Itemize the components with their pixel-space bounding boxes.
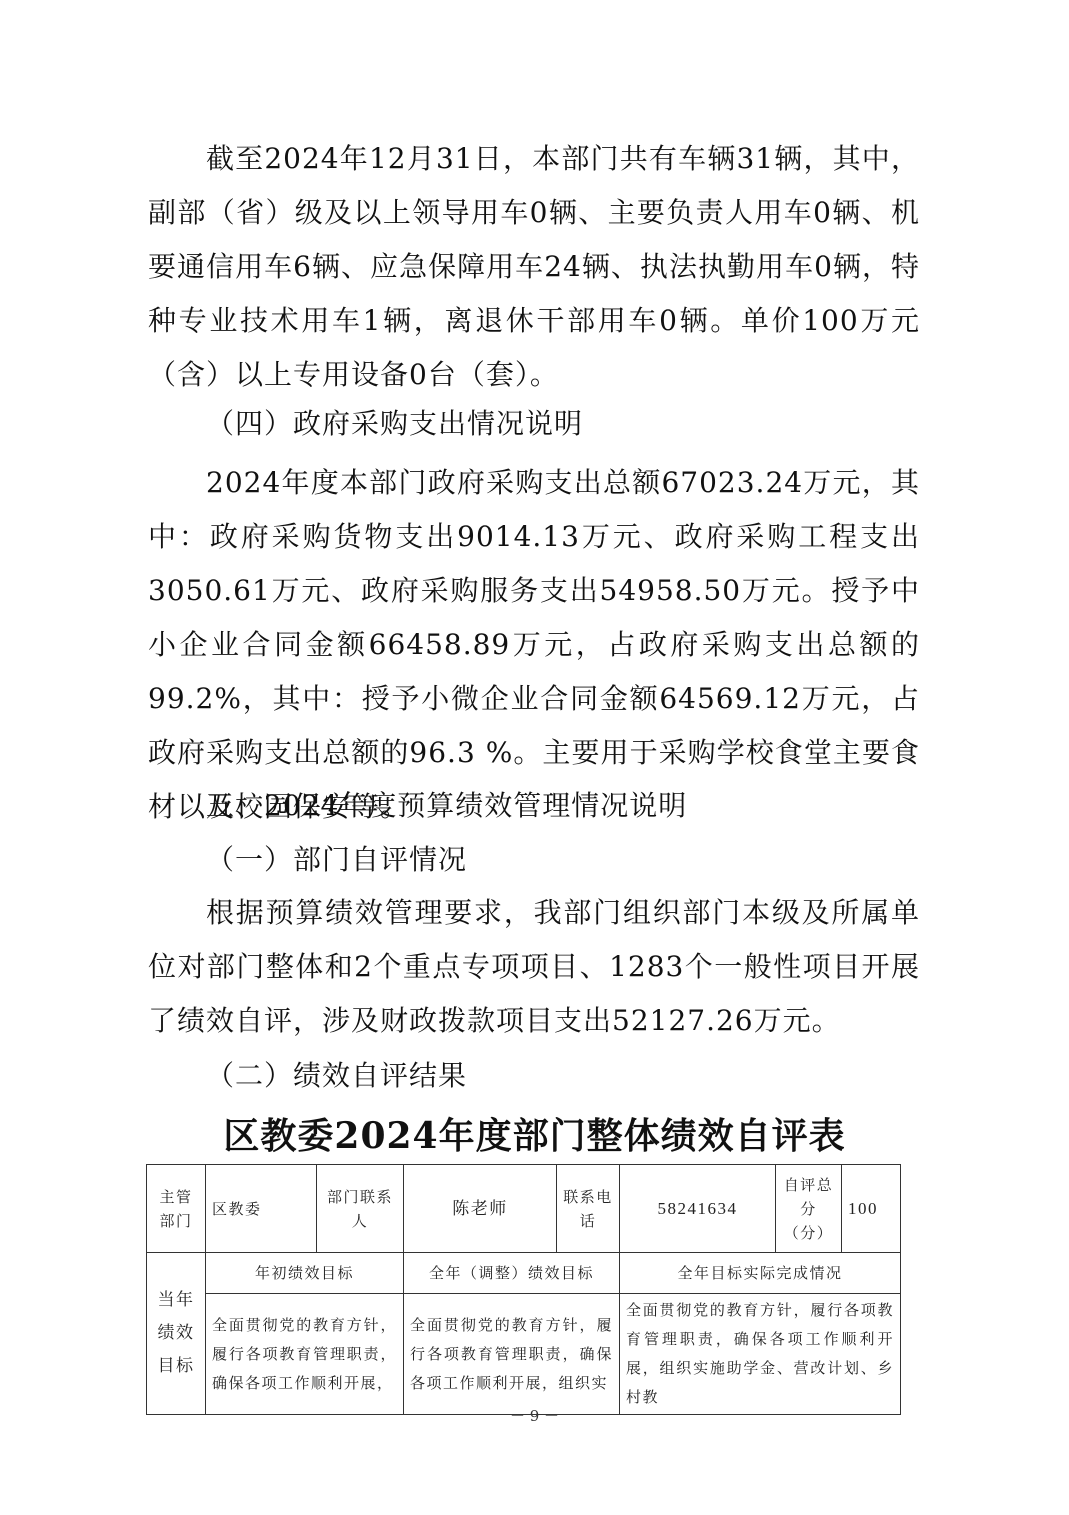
dept-label-cell: 主管部门 bbox=[147, 1165, 206, 1253]
table-row: 全面贯彻党的教育方针，履行各项教育管理职责，确保各项工作顺利开展， 全面贯彻党的… bbox=[147, 1294, 901, 1415]
heading-section-5: 五、2024年度预算绩效管理情况说明 bbox=[206, 786, 687, 826]
goals-header-initial: 年初绩效目标 bbox=[206, 1253, 404, 1294]
table-title: 区教委2024年度部门整体绩效自评表 bbox=[0, 1108, 1069, 1159]
table-row: 当年绩效目标 年初绩效目标 全年（调整）绩效目标 全年目标实际完成情况 bbox=[147, 1253, 901, 1294]
heading-self-eval: （一）部门自评情况 bbox=[206, 840, 467, 880]
score-label-cell: 自评总分（分） bbox=[776, 1165, 842, 1253]
contact-value-cell: 陈老师 bbox=[404, 1165, 557, 1253]
paragraph-self-eval: 根据预算绩效管理要求，我部门组织部门本级及所属单位对部门整体和2个重点专项项目、… bbox=[148, 886, 920, 1048]
goals-cell-adjusted: 全面贯彻党的教育方针，履行各项教育管理职责，确保各项工作顺利开展，组织实 bbox=[404, 1294, 620, 1415]
paragraph-procurement: 2024年度本部门政府采购支出总额67023.24万元，其中：政府采购货物支出9… bbox=[148, 456, 920, 834]
phone-value-cell: 58241634 bbox=[620, 1165, 776, 1253]
heading-procurement: （四）政府采购支出情况说明 bbox=[206, 404, 583, 444]
goals-header-actual: 全年目标实际完成情况 bbox=[620, 1253, 901, 1294]
document-page: 截至2024年12月31日，本部门共有车辆31辆，其中，副部（省）级及以上领导用… bbox=[0, 0, 1069, 1515]
table-row: 主管部门 区教委 部门联系人 陈老师 联系电话 58241634 自评总分（分）… bbox=[147, 1165, 901, 1253]
goals-header-adjusted: 全年（调整）绩效目标 bbox=[404, 1253, 620, 1294]
dept-value-cell: 区教委 bbox=[206, 1165, 317, 1253]
score-value-cell: 100 bbox=[842, 1165, 901, 1253]
paragraph-vehicles: 截至2024年12月31日，本部门共有车辆31辆，其中，副部（省）级及以上领导用… bbox=[148, 132, 920, 402]
heading-eval-result: （二）绩效自评结果 bbox=[206, 1056, 467, 1096]
goals-cell-initial: 全面贯彻党的教育方针，履行各项教育管理职责，确保各项工作顺利开展， bbox=[206, 1294, 404, 1415]
phone-label-cell: 联系电话 bbox=[557, 1165, 620, 1253]
page-number: － 9 － bbox=[0, 1405, 1069, 1426]
contact-label-cell: 部门联系人 bbox=[317, 1165, 404, 1253]
evaluation-table: 主管部门 区教委 部门联系人 陈老师 联系电话 58241634 自评总分（分）… bbox=[146, 1164, 901, 1415]
goals-row-label: 当年绩效目标 bbox=[147, 1253, 206, 1415]
goals-cell-actual: 全面贯彻党的教育方针，履行各项教育管理职责，确保各项工作顺利开展，组织实施助学金… bbox=[620, 1294, 901, 1415]
